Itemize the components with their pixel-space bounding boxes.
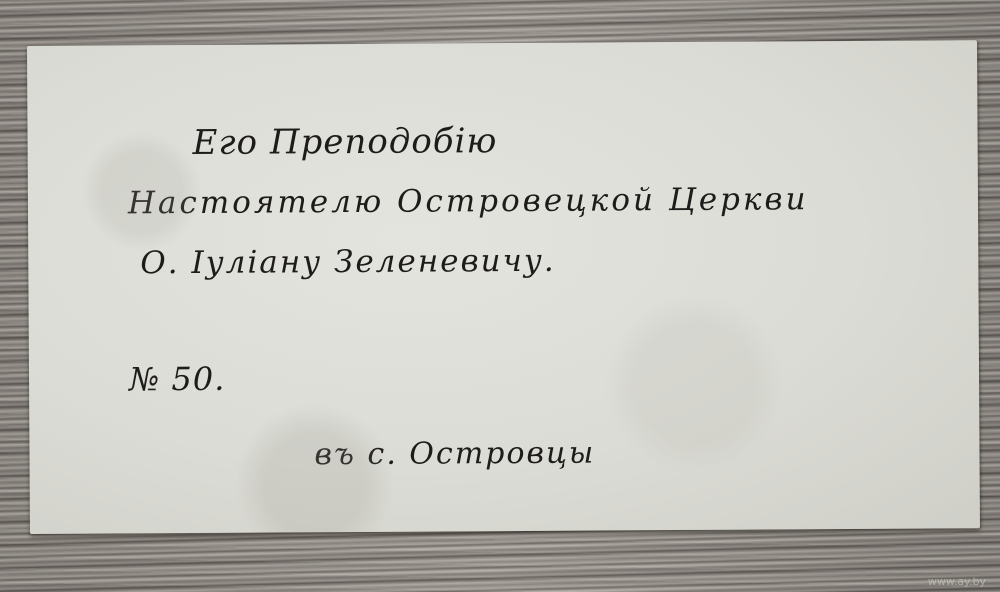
envelope-number: № 50. bbox=[129, 360, 226, 399]
address-line-salutation: Его Преподобію bbox=[192, 121, 497, 163]
envelope: Его Преподобію Настоятелю Островецкой Це… bbox=[27, 40, 980, 534]
watermark: www.ay.by bbox=[928, 575, 986, 588]
envelope-destination: въ с. Островцы bbox=[314, 436, 595, 473]
address-line-name: О. Іуліану Зеленевичу. bbox=[140, 243, 556, 282]
address-line-title: Настоятелю Островецкой Церкви bbox=[128, 181, 809, 221]
